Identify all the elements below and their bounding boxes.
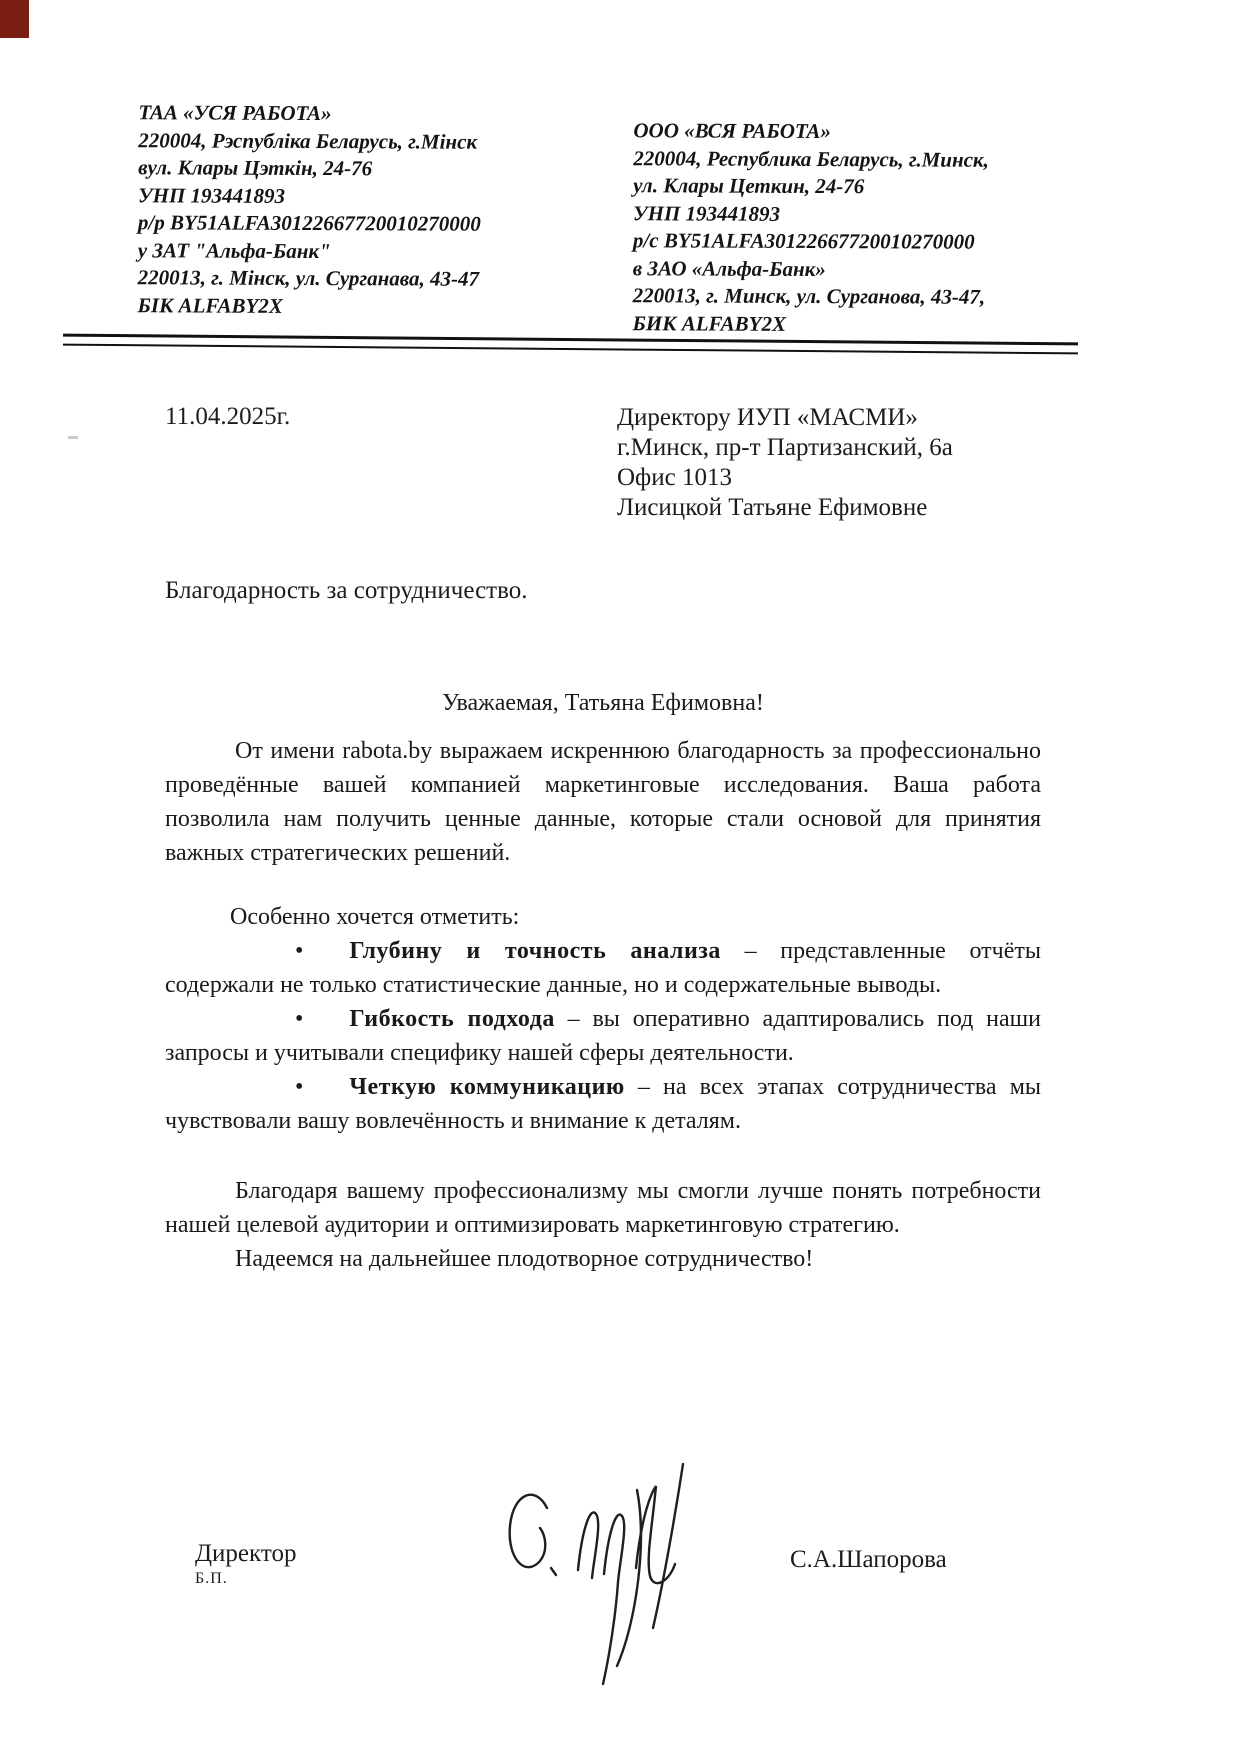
letterhead-line: 220013, г. Минск, ул. Сурганова, 43-47, xyxy=(633,282,989,311)
salutation: Уважаемая, Татьяна Ефимовна! xyxy=(165,686,1041,720)
letter-page: ТАА «УСЯ РАБОТА» 220004, Рэспубліка Бела… xyxy=(0,0,1242,1755)
bullet-bold-phrase: Глубину и точность анализа xyxy=(349,938,721,964)
addressee-block: Директору ИУП «МАСМИ» г.Минск, пр-т Парт… xyxy=(617,403,953,523)
letterhead-line: 220004, Республика Беларусь, г.Минск, xyxy=(633,145,989,174)
addressee-line: г.Минск, пр-т Партизанский, 6а xyxy=(617,433,953,463)
bullet-item: •Гибкость подхода – вы оперативно адапти… xyxy=(165,1002,1041,1070)
letterhead-line: БИК ALFABY2X xyxy=(633,310,989,339)
paragraph-farewell: Надеемся на дальнейшее плодотворное сотр… xyxy=(165,1242,1041,1276)
bullet-marker: • xyxy=(295,1074,349,1100)
letterhead-line: вул. Клары Цэткін, 24-76 xyxy=(138,154,481,183)
paragraph-intro: От имени rabota.by выражаем искреннюю бл… xyxy=(165,734,1041,870)
addressee-line: Директору ИУП «МАСМИ» xyxy=(617,403,953,433)
letterhead-line: р/с BY51ALFA30122667720010270000 xyxy=(633,227,989,256)
letterhead-line: у ЗАТ "Альфа-Банк" xyxy=(138,237,481,266)
letterhead-line: ООО «ВСЯ РАБОТА» xyxy=(633,117,989,146)
bullet-marker: • xyxy=(295,938,349,964)
bullet-bold-phrase: Четкую коммуникацию xyxy=(349,1074,624,1100)
signer-note: Б.П. xyxy=(195,1570,296,1588)
letterhead-line: р/р BY51ALFA30122667720010270000 xyxy=(138,209,481,238)
letterhead-line: УНП 193441893 xyxy=(138,182,481,211)
letterhead-line: УНП 193441893 xyxy=(633,200,989,229)
bullet-item: •Глубину и точность анализа – представле… xyxy=(165,934,1041,1002)
letterhead-line: БІК ALFABY2X xyxy=(138,292,481,321)
letter-body: Уважаемая, Татьяна Ефимовна! От имени ra… xyxy=(165,686,1041,1276)
paragraph-closing: Благодаря вашему профессионализму мы смо… xyxy=(165,1174,1041,1242)
letter-date: 11.04.2025г. xyxy=(165,403,290,431)
addressee-line: Офис 1013 xyxy=(617,463,953,493)
subject-line: Благодарность за сотрудничество. xyxy=(165,577,528,605)
letterhead-line: в ЗАО «Альфа-Банк» xyxy=(633,255,989,284)
letterhead-line: 220004, Рэспубліка Беларусь, г.Мінск xyxy=(138,127,481,156)
addressee-line: Лисицкой Татьяне Ефимовне xyxy=(617,493,953,523)
signer-title-block: Директор Б.П. xyxy=(195,1540,296,1588)
bullet-bold-phrase: Гибкость подхода xyxy=(349,1006,554,1032)
list-intro: Особенно хочется отметить: xyxy=(165,900,1041,934)
scan-artifact-red-mark xyxy=(0,0,29,38)
bullet-item: •Четкую коммуникацию – на всех этапах со… xyxy=(165,1070,1041,1138)
letterhead-line: 220013, г. Мінск, ул. Сурганава, 43-47 xyxy=(138,264,481,293)
scan-speck xyxy=(68,436,78,439)
bullet-marker: • xyxy=(295,1006,349,1032)
letterhead-line: ул. Клары Цеткин, 24-76 xyxy=(633,172,989,201)
letterhead-russian: ООО «ВСЯ РАБОТА» 220004, Республика Бела… xyxy=(633,117,990,339)
letterhead-line: ТАА «УСЯ РАБОТА» xyxy=(138,99,481,128)
letterhead-belarusian: ТАА «УСЯ РАБОТА» 220004, Рэспубліка Бела… xyxy=(138,99,482,320)
handwritten-signature xyxy=(485,1448,720,1703)
signer-title: Директор xyxy=(195,1540,296,1568)
signer-name: С.А.Шапорова xyxy=(790,1546,947,1574)
